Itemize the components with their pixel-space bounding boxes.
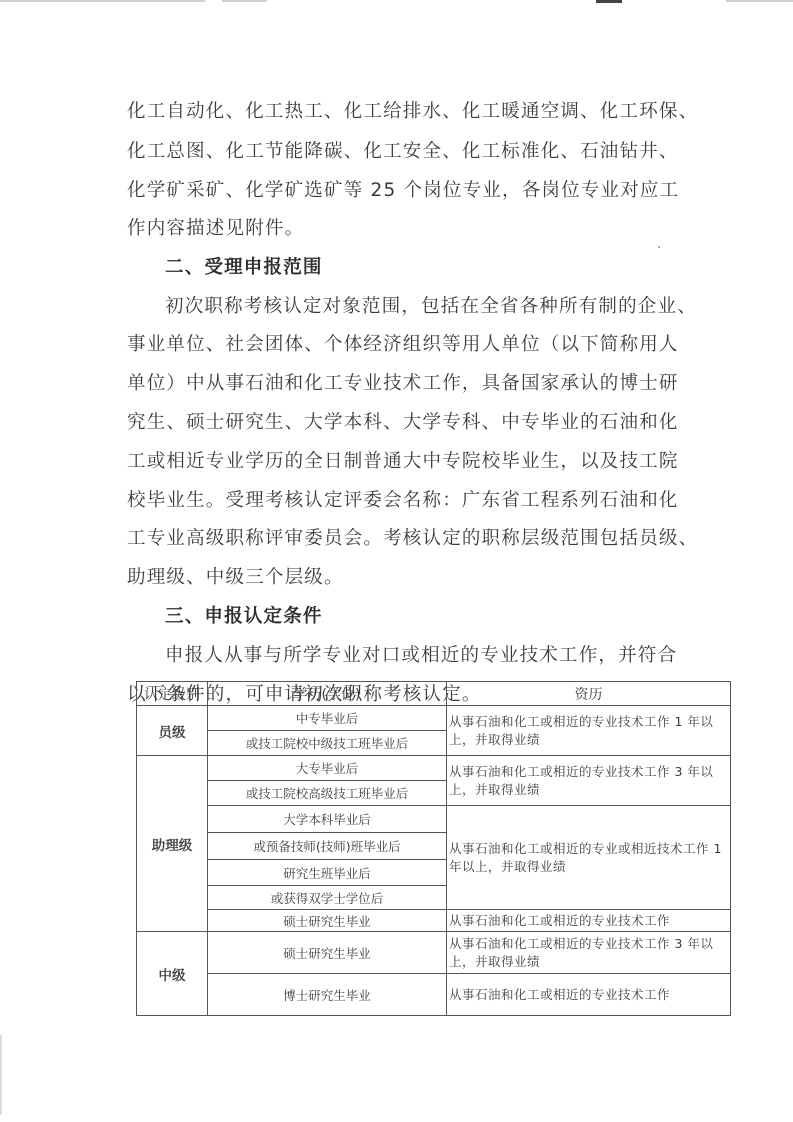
education-cell: 或获得双学士学位后 [208, 886, 447, 910]
experience-cell: 从事石油和化工或相近的专业技术工作 [447, 974, 731, 1016]
education-cell: 大学本科毕业后 [208, 806, 447, 833]
experience-cell: 从事石油和化工或相近的专业或相近技术工作 1 年以上，并取得业绩 [447, 806, 731, 910]
section-heading-scope: 二、受理申报范围 [165, 253, 323, 279]
paragraph-line: 化学矿采矿、化学矿选矿等 25 个岗位专业，各岗位专业对应工 [127, 176, 679, 202]
education-cell: 研究生班毕业后 [208, 860, 447, 886]
table-row: 大学本科毕业后 从事石油和化工或相近的专业或相近技术工作 1 年以上，并取得业绩 [137, 806, 731, 833]
table-row: 中级 硕士研究生毕业 从事石油和化工或相近的专业技术工作 3 年以上，并取得业绩 [137, 932, 731, 974]
qualification-table: 认定级别 学历(学位) 资历 员级 中专毕业后 从事石油和化工或相近的专业技术工… [136, 681, 731, 1016]
scan-edge-mark-dark [596, 0, 622, 3]
experience-cell: 从事石油和化工或相近的专业技术工作 3 年以上，并取得业绩 [447, 932, 731, 974]
education-cell: 或技工院校中级技工班毕业后 [208, 731, 447, 756]
paragraph-line: 申报人从事与所学专业对口或相近的专业技术工作，并符合 [165, 641, 677, 667]
experience-cell: 从事石油和化工或相近的专业技术工作 1 年以上，并取得业绩 [447, 706, 731, 756]
header-education: 学历(学位) [208, 682, 447, 706]
paragraph-line: 事业单位、社会团体、个体经济组织等用人单位（以下简称用人 [127, 330, 679, 356]
experience-cell: 从事石油和化工或相近的专业技术工作 [447, 910, 731, 932]
paragraph-line: 作内容描述见附件。 [127, 214, 304, 240]
education-cell: 硕士研究生毕业 [208, 932, 447, 974]
section-heading-conditions: 三、申报认定条件 [165, 602, 323, 628]
scan-speck [658, 246, 660, 248]
table-row: 员级 中专毕业后 从事石油和化工或相近的专业技术工作 1 年以上，并取得业绩 [137, 706, 731, 731]
education-cell: 博士研究生毕业 [208, 974, 447, 1016]
experience-cell: 从事石油和化工或相近的专业技术工作 3 年以上，并取得业绩 [447, 756, 731, 806]
scan-edge-mark [222, 0, 267, 2]
table-row: 博士研究生毕业 从事石油和化工或相近的专业技术工作 [137, 974, 731, 1016]
header-experience: 资历 [447, 682, 731, 706]
scan-edge-right [726, 0, 793, 2]
paragraph-line: 校毕业生。受理考核认定评委会名称：广东省工程系列石油和化 [127, 486, 679, 512]
paragraph-line: 工或相近专业学历的全日制普通大中专院校毕业生，以及技工院 [127, 447, 679, 473]
paragraph-line: 化工自动化、化工热工、化工给排水、化工暖通空调、化工环保、 [127, 97, 698, 123]
paragraph-line: 单位）中从事石油和化工专业技术工作，具备国家承认的博士研 [127, 369, 679, 395]
scan-edge-left [0, 0, 205, 2]
education-cell: 中专毕业后 [208, 706, 447, 731]
paragraph-line: 究生、硕士研究生、大学本科、大学专科、中专毕业的石油和化 [127, 408, 679, 434]
level-yuan: 员级 [137, 706, 208, 756]
table-header-row: 认定级别 学历(学位) 资历 [137, 682, 731, 706]
education-cell: 大专毕业后 [208, 756, 447, 781]
paragraph-line: 助理级、中级三个层级。 [127, 563, 344, 589]
table-row: 硕士研究生毕业 从事石油和化工或相近的专业技术工作 [137, 910, 731, 932]
level-zhong: 中级 [137, 932, 208, 1016]
paragraph-line: 工专业高级职称评审委员会。考核认定的职称层级范围包括员级、 [127, 524, 698, 550]
education-cell: 或技工院校高级技工班毕业后 [208, 781, 447, 806]
education-cell: 硕士研究生毕业 [208, 910, 447, 932]
education-cell: 或预备技师(技师)班毕业后 [208, 833, 447, 860]
paragraph-line: 化工总图、化工节能降碳、化工安全、化工标准化、石油钻井、 [127, 137, 679, 163]
table-row: 助理级 大专毕业后 从事石油和化工或相近的专业技术工作 3 年以上，并取得业绩 [137, 756, 731, 781]
level-zhuli: 助理级 [137, 756, 208, 932]
paragraph-line: 初次职称考核认定对象范围，包括在全省各种所有制的企业、 [165, 292, 697, 318]
header-level: 认定级别 [137, 682, 208, 706]
scan-edge-shadow [0, 1035, 2, 1115]
